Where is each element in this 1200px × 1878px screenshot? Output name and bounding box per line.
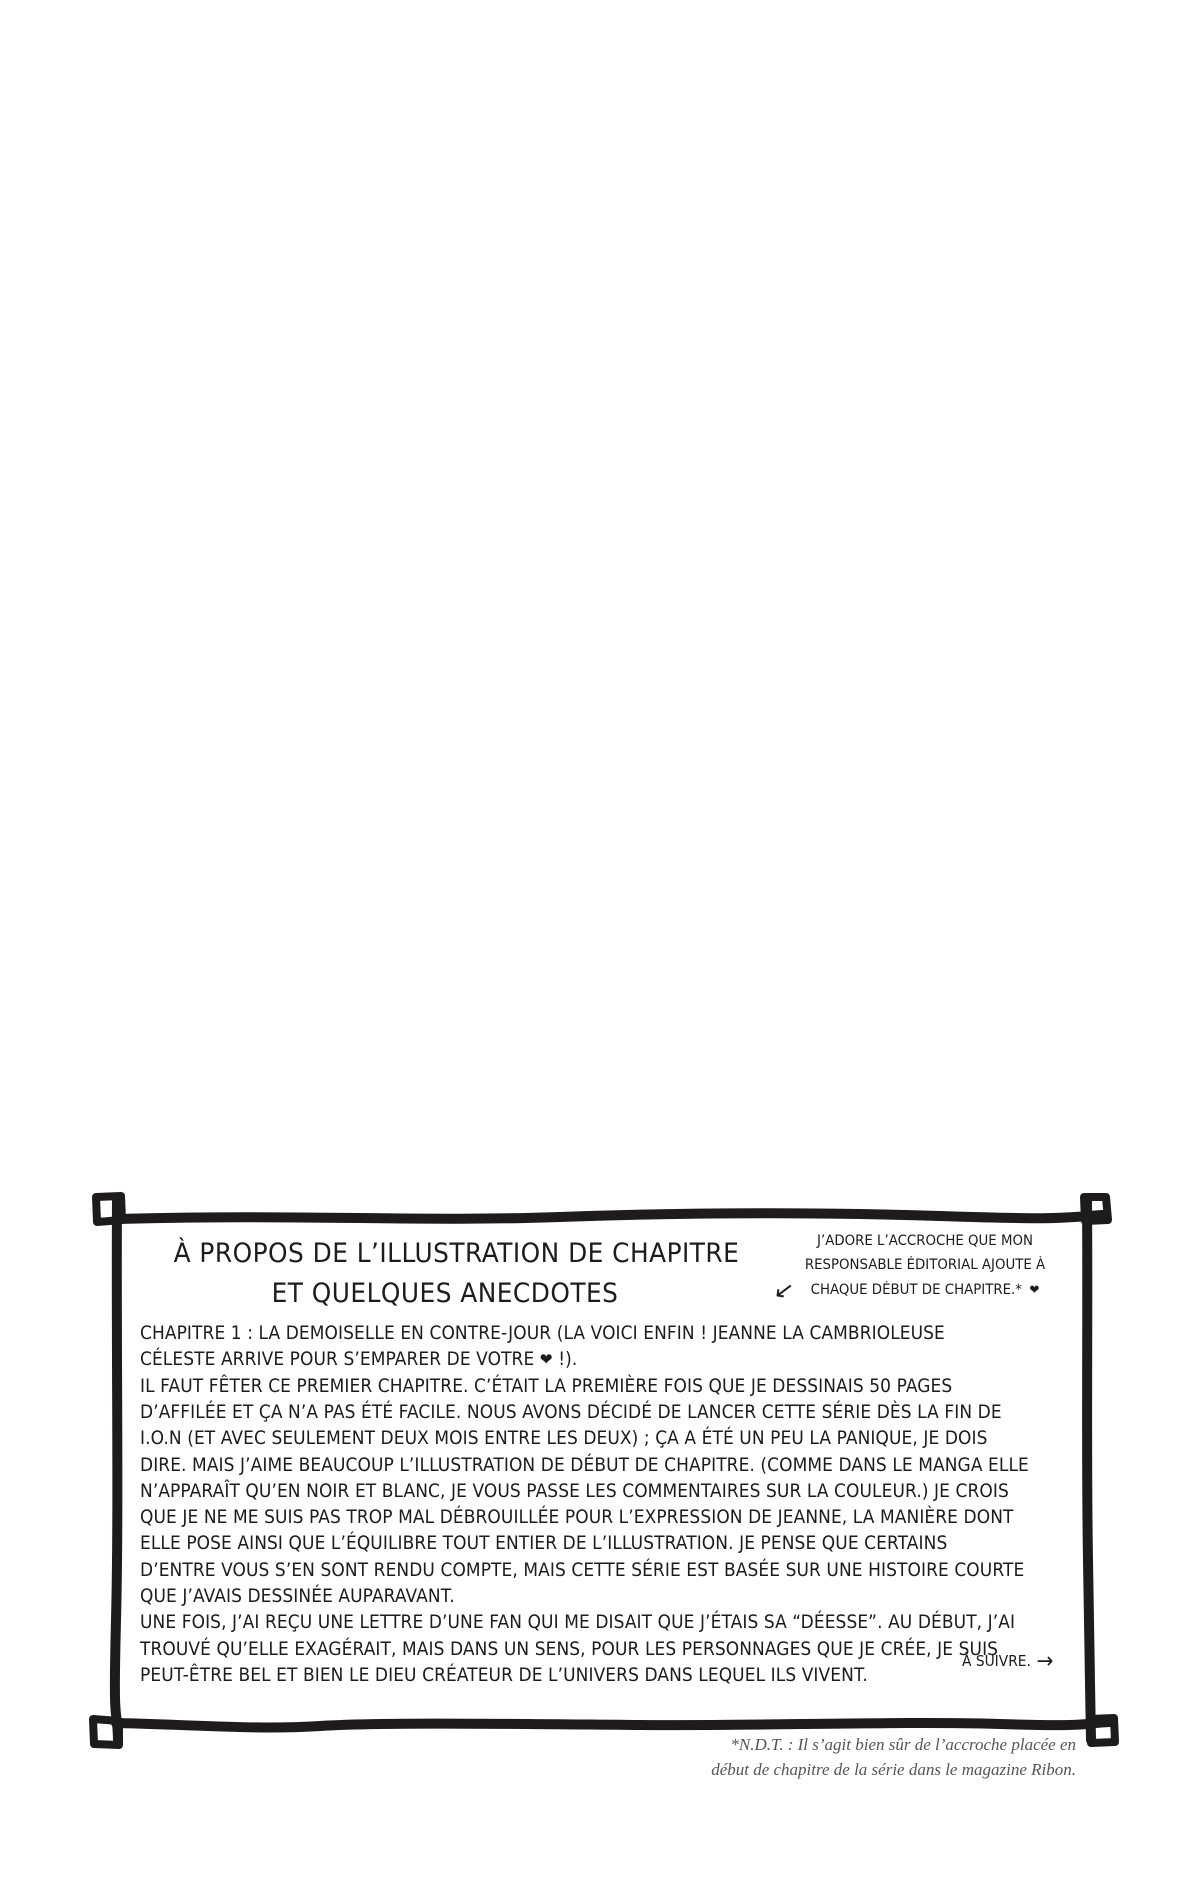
side-note-line-3: chaque début de chapitre.*❤ xyxy=(792,1282,1059,1298)
body-line: d’entre vous s’en sont rendu compte, mai… xyxy=(140,1560,1024,1581)
body-line: céleste arrive pour s’emparer de votre ❤… xyxy=(140,1349,577,1370)
footnote-line-2-suffix: . xyxy=(1072,1760,1076,1779)
arrow-right-icon: → xyxy=(1036,1649,1053,1674)
side-note-line-1: J’adore l’accroche que mon xyxy=(792,1233,1059,1249)
side-note-line-3-text: chaque début de chapitre.* xyxy=(811,1282,1022,1298)
body-line: n’apparaît qu’en noir et blanc, je vous … xyxy=(140,1481,1009,1502)
body-line-text-after: !). xyxy=(553,1349,578,1370)
footnote-line-2-prefix: début de chapitre de la série dans le ma… xyxy=(711,1760,1031,1779)
manga-page: À propos de l’illustration de chapitre e… xyxy=(0,0,1200,1878)
body-line-text: que je ne me suis pas trop mal débrouill… xyxy=(140,1507,1013,1528)
body-line-text: peut-être bel et bien le dieu créateur d… xyxy=(140,1665,868,1686)
body-line: Il faut fêter ce premier chapitre. C’éta… xyxy=(140,1376,952,1397)
body-line-text: trouvé qu’elle exagérait, mais dans un s… xyxy=(140,1639,998,1660)
heart-icon: ❤ xyxy=(540,1349,553,1369)
heart-icon: ❤ xyxy=(1029,1283,1039,1298)
body-line-text: céleste arrive pour s’emparer de votre xyxy=(140,1349,540,1370)
body-line: que je ne me suis pas trop mal débrouill… xyxy=(140,1507,1013,1528)
footnote-line-2: début de chapitre de la série dans le ma… xyxy=(711,1760,1076,1780)
body-line-text: dire. Mais j’aime beaucoup l’illustratio… xyxy=(140,1455,1029,1476)
magazine-name: Ribon xyxy=(1031,1760,1072,1779)
body-line: elle pose ainsi que l’équilibre tout ent… xyxy=(140,1533,947,1554)
body-line-text: elle pose ainsi que l’équilibre tout ent… xyxy=(140,1533,947,1554)
body-line: trouvé qu’elle exagérait, mais dans un s… xyxy=(140,1639,998,1660)
side-note-line-2: responsable éditorial ajoute à xyxy=(792,1257,1059,1273)
body-line-text: d’affilée et ça n’a pas été facile. Nous… xyxy=(140,1402,1002,1423)
body-line-text: Il faut fêter ce premier chapitre. C’éta… xyxy=(140,1376,952,1397)
body-line: peut-être bel et bien le dieu créateur d… xyxy=(140,1665,868,1686)
box-title-line-1: À propos de l’illustration de chapitre xyxy=(174,1238,717,1269)
body-line-text: que j’avais dessinée auparavant. xyxy=(140,1586,455,1607)
body-line-text: I.O.N (et avec seulement deux mois entre… xyxy=(140,1428,988,1449)
body-line: dire. Mais j’aime beaucoup l’illustratio… xyxy=(140,1455,1029,1476)
body-line-text: n’apparaît qu’en noir et blanc, je vous … xyxy=(140,1481,1009,1502)
body-line: Chapitre 1 : La demoiselle en contre-jou… xyxy=(140,1323,945,1344)
body-line-text: d’entre vous s’en sont rendu compte, mai… xyxy=(140,1560,1024,1581)
arrow-down-left-icon: ↙ xyxy=(772,1275,796,1306)
body-line: Une fois, j’ai reçu une lettre d’une fan… xyxy=(140,1612,1015,1633)
continued-text: À suivre. xyxy=(962,1652,1031,1670)
box-title-line-2: et quelques anecdotes xyxy=(174,1278,717,1309)
body-line-text: Une fois, j’ai reçu une lettre d’une fan… xyxy=(140,1612,1015,1633)
body-line: que j’avais dessinée auparavant. xyxy=(140,1586,455,1607)
footnote-line-1: *N.D.T. : Il s’agit bien sûr de l’accroc… xyxy=(730,1735,1076,1755)
body-line: d’affilée et ça n’a pas été facile. Nous… xyxy=(140,1402,1002,1423)
body-line-text: Chapitre 1 : La demoiselle en contre-jou… xyxy=(140,1323,945,1344)
body-line: I.O.N (et avec seulement deux mois entre… xyxy=(140,1428,988,1449)
continued-label: À suivre.→ xyxy=(962,1649,1053,1674)
